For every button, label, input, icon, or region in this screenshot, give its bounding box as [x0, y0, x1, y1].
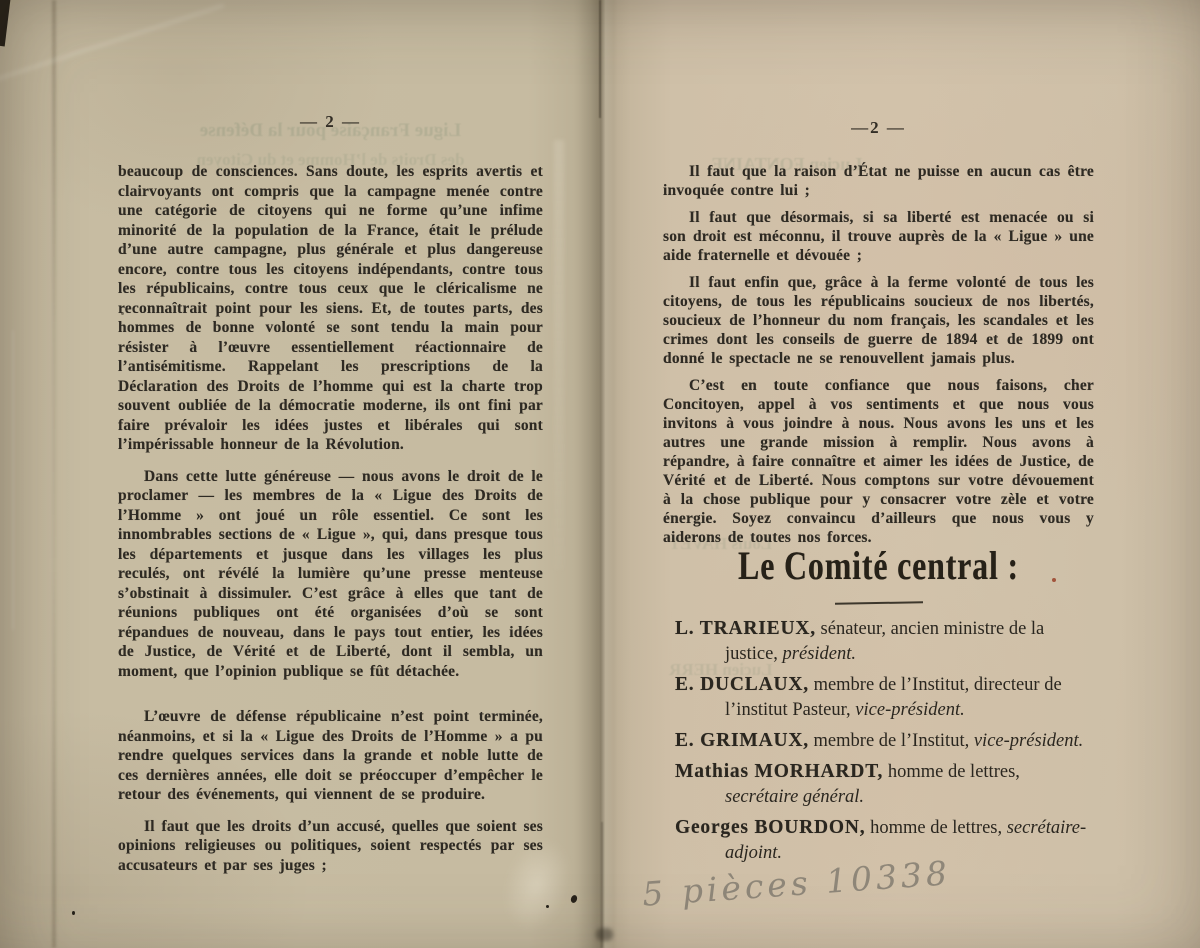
- committee-entry: E. DUCLAUX, membre de l’Institut, direct…: [675, 672, 1094, 723]
- body-paragraph: L’œuvre de défense républicaine n’est po…: [118, 707, 543, 805]
- member-role: président.: [783, 644, 856, 664]
- gutter-fold-line-top: [599, 0, 601, 118]
- body-paragraph: beaucoup de consciences. Sans doute, les…: [118, 162, 543, 455]
- member-role: vice-président.: [974, 731, 1083, 751]
- committee-entry: E. GRIMAUX, membre de l’Institut, vice-p…: [675, 728, 1094, 754]
- member-name: E. DUCLAUX,: [675, 674, 809, 695]
- paper-scuff: [554, 140, 564, 570]
- member-role: secrétaire général.: [725, 787, 864, 807]
- right-page-body: Il faut que la raison d’État ne puisse e…: [663, 162, 1094, 555]
- member-name: Georges BOURDON,: [675, 817, 865, 838]
- left-page: Ligue Française pour la Défense des Droi…: [118, 112, 543, 887]
- ink-speck: [546, 905, 549, 908]
- ink-speck: [72, 911, 75, 915]
- page-number: — 2 —: [118, 112, 543, 132]
- ink-speck: [121, 312, 124, 315]
- member-name: E. GRIMAUX,: [675, 730, 809, 751]
- ink-speck: [570, 894, 578, 904]
- corner-crease: [0, 4, 224, 87]
- committee-heading: Le Comité central :: [706, 542, 1051, 589]
- scan-edge-artifact: [0, 0, 11, 46]
- heading-rule: [834, 601, 922, 605]
- body-paragraph: Il faut que désormais, si sa liberté est…: [663, 208, 1094, 265]
- committee-entry: Mathias MORHARDT, homme de lettres, secr…: [675, 759, 1094, 810]
- foxing-spot: [1052, 578, 1056, 582]
- member-name: L. TRARIEUX,: [675, 618, 816, 639]
- member-description: membre de l’Institut,: [809, 731, 974, 751]
- body-paragraph: Il faut que la raison d’État ne puisse e…: [663, 162, 1094, 200]
- member-role: vice-président.: [855, 700, 964, 720]
- paper-crease: [12, 330, 14, 630]
- left-fold-crease: [52, 0, 56, 948]
- body-paragraph: Il faut enfin que, grâce à la ferme volo…: [663, 273, 1094, 368]
- right-page: Lucien FONTAINE Louis HAVET Lucien HERR …: [663, 118, 1094, 948]
- committee-heading-block: Le Comité central :: [663, 542, 1094, 604]
- member-description: homme de lettres,: [865, 818, 1006, 838]
- page-gutter-shadow: [573, 0, 631, 948]
- member-description: homme de lettres,: [883, 762, 1020, 782]
- page-number: —2 —: [663, 118, 1094, 138]
- body-paragraph: Dans cette lutte généreuse — nous avons …: [118, 467, 543, 682]
- body-paragraph: Il faut que les droits d’un accusé, quel…: [118, 817, 543, 876]
- committee-list: L. TRARIEUX, sénateur, ancien ministre d…: [675, 616, 1094, 871]
- ink-smudge: [596, 928, 613, 941]
- committee-entry: L. TRARIEUX, sénateur, ancien ministre d…: [675, 616, 1094, 667]
- body-paragraph: C’est en toute confiance que nous faison…: [663, 376, 1094, 547]
- scanned-pamphlet-spread: Ligue Française pour la Défense des Droi…: [0, 0, 1200, 948]
- member-name: Mathias MORHARDT,: [675, 761, 883, 782]
